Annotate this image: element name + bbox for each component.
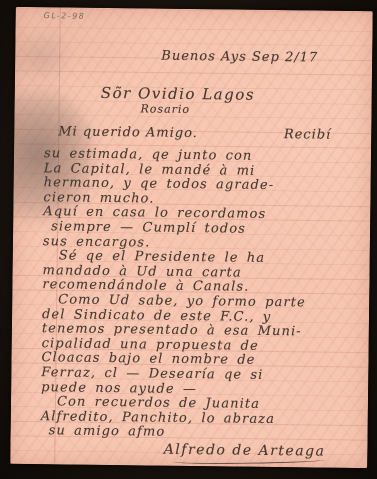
letter-body: su estimada, qe junto con La Capital, le…: [41, 147, 346, 443]
salutation-row: Mi querido Amigo. Recibí: [44, 124, 345, 144]
opening-word: Recibí: [284, 127, 332, 144]
letter-sheet: GL-2-98 Buenos Ays Sep 2/17 Sõr Ovidio L…: [10, 7, 373, 468]
salutation: Mi querido Amigo.: [58, 124, 198, 142]
letter-photograph: GL-2-98 Buenos Ays Sep 2/17 Sõr Ovidio L…: [0, 0, 377, 479]
recipient-name: Sõr Ovidio Lagos: [101, 84, 346, 105]
signature-block: Alfredo de Arteaga: [40, 440, 341, 465]
letter-content: Buenos Ays Sep 2/17 Sõr Ovidio Lagos Ros…: [10, 7, 373, 468]
dateline: Buenos Ays Sep 2/17: [45, 47, 346, 67]
recipient-city: Rosario: [140, 102, 345, 118]
